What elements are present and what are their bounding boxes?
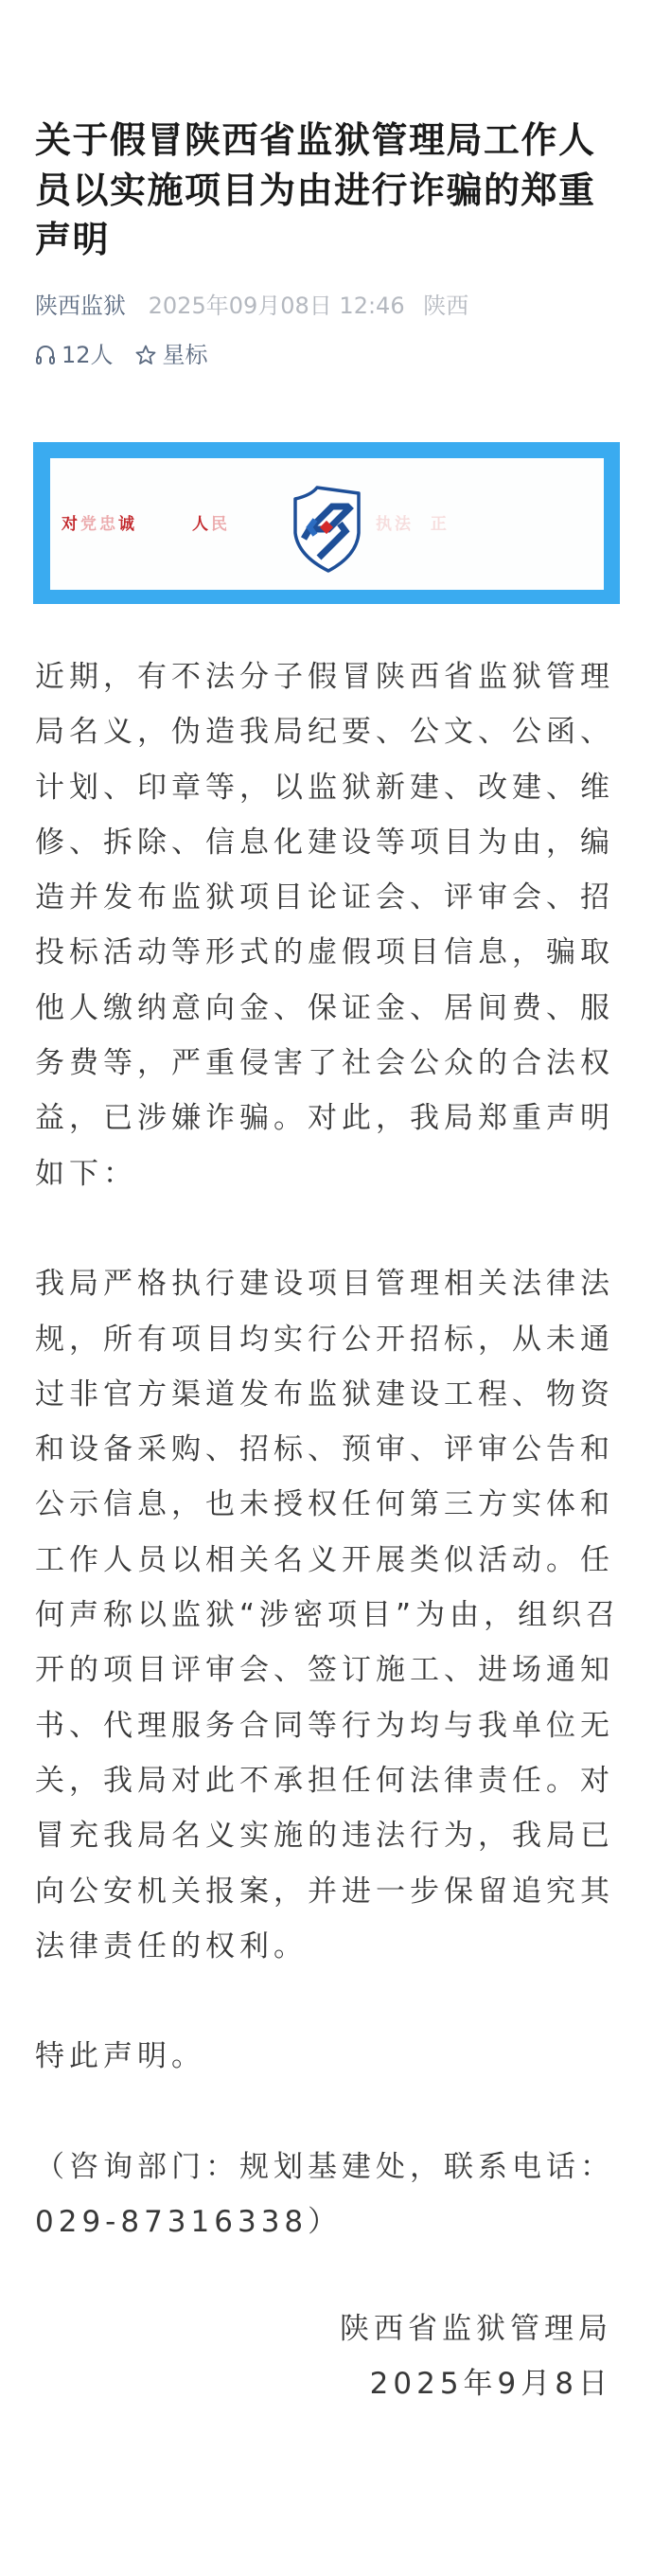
slogan-char: 诚 <box>118 515 137 534</box>
banner-slogan-left: 对党忠诚 <box>62 510 137 534</box>
banner-inner: 对党忠诚 人民 执法 正 <box>50 458 604 590</box>
article-title: 关于假冒陕西省监狱管理局工作人 员以实施项目为由进行诈骗的郑重 声明 <box>35 115 622 265</box>
contact-phone: 029-87316338） <box>35 2194 622 2249</box>
slogan-char: 法 <box>395 515 414 534</box>
text-line: 工作人员以相关名义开展类似活动。任 <box>35 1533 622 1588</box>
star-button[interactable]: 星标 <box>134 341 208 369</box>
signature-block: 陕西省监狱管理局 2025年9月8日 <box>340 2301 612 2412</box>
text-line: 过非官方渠道发布监狱建设工程、物资 <box>35 1367 622 1422</box>
blank-line <box>35 2085 622 2140</box>
signature-date: 2025年9月8日 <box>340 2356 612 2411</box>
account-name-link[interactable]: 陕西监狱 <box>35 293 126 319</box>
text-line: 局名义，伪造我局纪要、公文、公函、 <box>35 704 622 759</box>
text-line: 法律责任的权利。 <box>35 1919 622 1974</box>
blank-line <box>35 1974 622 2029</box>
slogan-char: 忠 <box>99 515 118 534</box>
publish-time: 2025年09月08日 12:46 <box>149 293 405 319</box>
text-line: 规，所有项目均实行公开招标，从未通 <box>35 1312 622 1367</box>
header-banner-image: 对党忠诚 人民 执法 正 <box>33 442 620 604</box>
closing-statement: 特此声明。 <box>35 2029 622 2084</box>
banner-slogan-mid: 人民 <box>192 510 230 534</box>
text-line: 如下： <box>35 1146 622 1201</box>
text-line: 向公安机关报案，并进一步保留追究其 <box>35 1864 622 1919</box>
paragraph-1: 近期，有不法分子假冒陕西省监狱管理 局名义，伪造我局纪要、公文、公函、 计划、印… <box>35 649 622 1201</box>
text-line: 关，我局对此不承担任何法律责任。对 <box>35 1753 622 1808</box>
blank-line <box>35 1201 622 1256</box>
signature-organization: 陕西省监狱管理局 <box>340 2301 612 2356</box>
text-line: 务费等，严重侵害了社会公众的合法权 <box>35 1036 622 1091</box>
text-line: 我局严格执行建设项目管理相关法律法 <box>35 1256 622 1311</box>
slogan-char: 人 <box>192 515 211 534</box>
article-actions: 12人 星标 <box>35 341 229 369</box>
text-line: 公示信息，也未授权任何第三方实体和 <box>35 1477 622 1532</box>
star-label: 星标 <box>163 341 208 369</box>
text-line: 和设备采购、招标、预审、评审公告和 <box>35 1422 622 1477</box>
banner-slogan-right: 执法 正 <box>376 510 450 534</box>
listener-count: 12人 <box>62 341 114 369</box>
publish-location: 陕西 <box>423 293 468 319</box>
star-outline-icon <box>134 344 157 366</box>
slogan-char: 执 <box>376 515 395 534</box>
contact-department: （咨询部门：规划基建处，联系电话： <box>35 2140 622 2194</box>
text-line: 他人缴纳意向金、保证金、居间费、服 <box>35 981 622 1036</box>
text-line: 开的项目评审会、签订施工、进场通知 <box>35 1643 622 1697</box>
text-line: 修、拆除、信息化建设等项目为由，编 <box>35 815 622 870</box>
slogan-char: 对 <box>62 515 80 534</box>
text-line: 计划、印章等，以监狱新建、改建、维 <box>35 760 622 815</box>
article-body: 近期，有不法分子假冒陕西省监狱管理 局名义，伪造我局纪要、公文、公函、 计划、印… <box>35 649 622 2250</box>
article-meta: 陕西监狱 2025年09月08日 12:46 陕西 <box>35 292 468 320</box>
text-line: 投标活动等形式的虚假项目信息，骗取 <box>35 925 622 980</box>
headphones-icon <box>35 344 56 366</box>
text-line: 益，已涉嫌诈骗。对此，我局郑重声明 <box>35 1091 622 1146</box>
slogan-char: 党 <box>80 515 99 534</box>
title-line: 声明 <box>35 215 622 265</box>
contact-info: （咨询部门：规划基建处，联系电话： 029-87316338） <box>35 2140 622 2250</box>
text-line: 近期，有不法分子假冒陕西省监狱管理 <box>35 649 622 704</box>
text-line: 书、代理服务合同等行为均与我单位无 <box>35 1698 622 1753</box>
prison-bureau-shield-logo <box>291 486 364 573</box>
text-line: 造并发布监狱项目论证会、评审会、招 <box>35 870 622 925</box>
text-line: 何声称以监狱“涉密项目”为由，组织召 <box>35 1588 622 1643</box>
title-line: 关于假冒陕西省监狱管理局工作人 <box>35 115 622 166</box>
slogan-char: 民 <box>211 515 230 534</box>
listen-button[interactable]: 12人 <box>35 341 114 369</box>
text-line: 冒充我局名义实施的违法行为，我局已 <box>35 1808 622 1863</box>
paragraph-2: 我局严格执行建设项目管理相关法律法 规，所有项目均实行公开招标，从未通 过非官方… <box>35 1256 622 1974</box>
slogan-char: 正 <box>431 515 450 534</box>
title-line: 员以实施项目为由进行诈骗的郑重 <box>35 166 622 216</box>
